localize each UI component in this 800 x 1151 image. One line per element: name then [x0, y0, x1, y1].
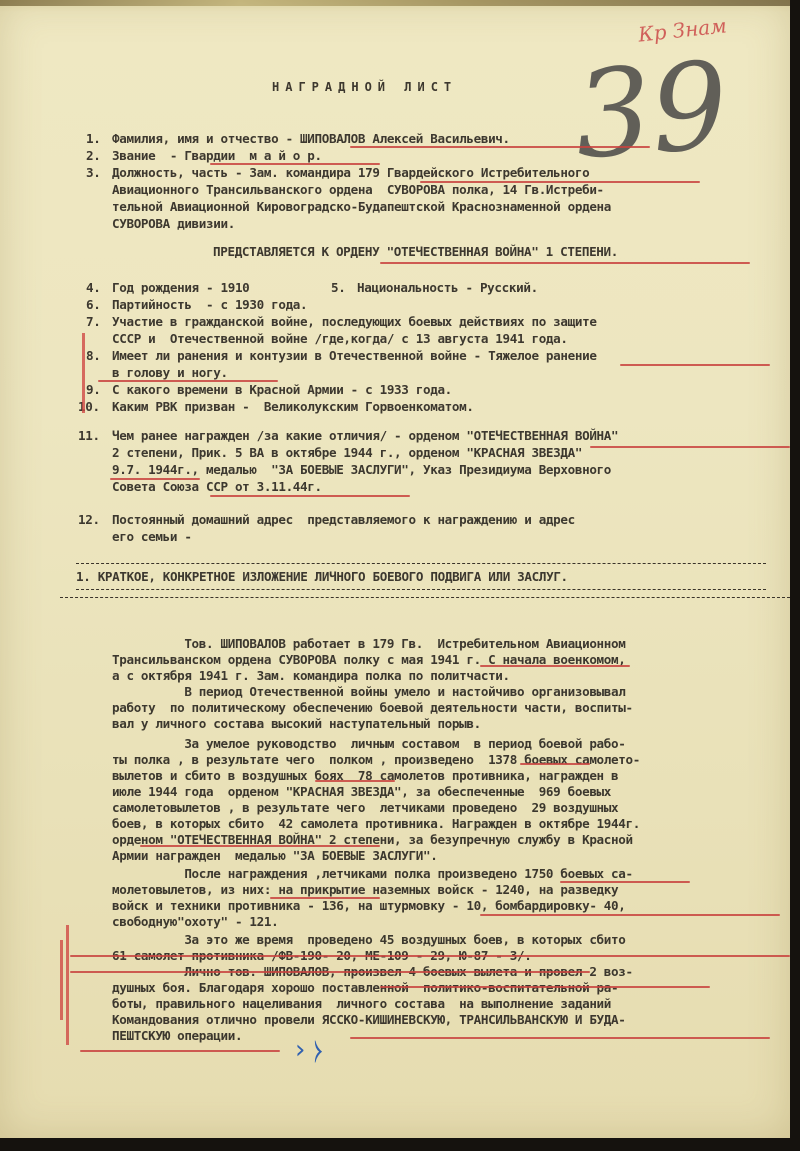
field-9-number: 9.	[86, 382, 100, 397]
red-underline	[420, 181, 700, 183]
field-8-number: 8.	[86, 348, 100, 363]
field-11-line-1: Чем ранее награжден /за какие отличия/ -…	[112, 428, 618, 443]
field-11-line-4: Совета Союза ССР от 3.11.44г.	[112, 479, 322, 494]
narrative-line: За это же время проведено 45 воздушных б…	[112, 932, 625, 947]
narrative-line: За умелое руководство личным составом в …	[112, 736, 625, 751]
dashed-rule-middle	[76, 589, 766, 590]
narrative-line: июле 1944 года орденом "КРАСНАЯ ЗВЕЗДА",…	[112, 784, 611, 799]
red-underline	[350, 1037, 770, 1039]
red-underline	[70, 971, 590, 973]
narrative-line: войск и техники противника - 136, на шту…	[112, 898, 625, 913]
field-5-nationality: Национальность - Русский.	[357, 280, 538, 295]
red-underline	[520, 763, 590, 765]
red-underline	[350, 146, 650, 148]
handwritten-number: 39	[571, 47, 732, 177]
field-6-number: 6.	[86, 297, 100, 312]
field-2-number: 2.	[86, 148, 100, 163]
field-4-number: 4.	[86, 280, 100, 295]
red-underline	[210, 163, 380, 165]
narrative-line: молетовылетов, из них: на прикрытие назе…	[112, 882, 618, 897]
scan-top-edge	[0, 0, 800, 6]
red-underline	[270, 897, 380, 899]
field-9-service: С какого времени в Красной Армии - с 193…	[112, 382, 452, 397]
narrative-line: боев, в которых сбито 42 самолета против…	[112, 816, 640, 831]
red-underline	[380, 262, 750, 264]
narrative-line: вал у личного состава высокий наступател…	[112, 716, 481, 731]
red-underline	[70, 955, 790, 957]
field-3-line-4: СУВОРОВА дивизии.	[112, 216, 235, 231]
field-4-birth-year: Год рождения - 1910	[112, 280, 249, 295]
narrative-line: а с октября 1941 г. Зам. командира полка…	[112, 668, 510, 683]
narrative-line: Тов. ШИПОВАЛОВ работает в 179 Гв. Истреб…	[112, 636, 625, 651]
narrative-line: В период Отечественной войны умело и нас…	[112, 684, 625, 699]
field-7-number: 7.	[86, 314, 100, 329]
field-7-line-1: Участие в гражданской войне, последующих…	[112, 314, 597, 329]
red-underline	[480, 914, 780, 916]
red-underline	[80, 1050, 280, 1052]
narrative-line: боты, правильного нацеливания личного со…	[112, 996, 611, 1011]
red-underline	[210, 495, 410, 497]
document-title: НАГРАДНОЙ ЛИСТ	[272, 80, 457, 95]
field-8-line-1: Имеет ли ранения и контузии в Отечествен…	[112, 348, 597, 363]
field-7-line-2: СССР и Отечественной войне /где,когда/ с…	[112, 331, 568, 346]
field-1-number: 1.	[86, 131, 100, 146]
field-11-number: 11.	[78, 428, 100, 443]
narrative-line: ПЕШТСКУЮ операции.	[112, 1028, 242, 1043]
red-underline	[140, 845, 380, 847]
field-12-line-1: Постоянный домашний адрес представляемог…	[112, 512, 575, 527]
red-underline	[380, 986, 710, 988]
field-12-number: 12.	[78, 512, 100, 527]
narrative-line: самолетовылетов , в результате чего летч…	[112, 800, 618, 815]
red-margin-mark	[66, 925, 69, 1045]
red-underline	[110, 478, 200, 480]
field-3-number: 3.	[86, 165, 100, 180]
field-8-line-2: в голову и ногу.	[112, 365, 228, 380]
red-underline	[98, 380, 278, 382]
red-margin-mark	[82, 333, 85, 413]
field-2-rank: Звание - Гвардии м а й о р.	[112, 148, 322, 163]
narrative-line: После награждения ,летчиками полка произ…	[112, 866, 633, 881]
field-11-line-3: 9.7. 1944г., медалью "ЗА БОЕВЫЕ ЗАСЛУГИ"…	[112, 462, 611, 477]
red-underline	[480, 665, 630, 667]
red-underline	[560, 881, 690, 883]
red-underline	[620, 364, 770, 366]
field-10-conscription: Каким РВК призван - Великолукским Горвое…	[112, 399, 474, 414]
narrative-line: Армии награжден медалью "ЗА БОЕВЫЕ ЗАСЛУ…	[112, 848, 437, 863]
field-3-line-3: тельной Авиационной Кировоградско-Будапе…	[112, 199, 611, 214]
narrative-line: Командования отлично провели ЯССКО-КИШИН…	[112, 1012, 625, 1027]
award-sheet-page: Кр Знам 39 НАГРАДНОЙ ЛИСТ 1. Фамилия, им…	[0, 0, 790, 1138]
blue-ink-mark: › ⧽	[295, 1035, 323, 1066]
field-11-line-2: 2 степени, Прик. 5 ВА в октябре 1944 г.,…	[112, 445, 582, 460]
field-5-number: 5.	[331, 280, 345, 295]
section-header: 1. КРАТКОЕ, КОНКРЕТНОЕ ИЗЛОЖЕНИЕ ЛИЧНОГО…	[76, 569, 568, 584]
red-margin-mark	[60, 940, 63, 1020]
narrative-line: свободную"охоту" - 121.	[112, 914, 278, 929]
field-3-line-2: Авиационного Трансильванского ордена СУВ…	[112, 182, 604, 197]
field-1-fullname: Фамилия, имя и отчество - ШИПОВАЛОВ Алек…	[112, 131, 510, 146]
scan-right-edge	[790, 0, 800, 1151]
red-underline	[590, 446, 790, 448]
scan-bottom-edge	[0, 1138, 800, 1151]
red-underline	[315, 780, 395, 782]
field-12-line-2: его семьи -	[112, 529, 192, 544]
nomination-line: ПРЕДСТАВЛЯЕТСЯ К ОРДЕНУ "ОТЕЧЕСТВЕННАЯ В…	[213, 244, 618, 259]
narrative-line: работу по политическому обеспечению боев…	[112, 700, 633, 715]
field-3-line-1: Должность, часть - Зам. командира 179 Гв…	[112, 165, 589, 180]
dashed-rule-top	[76, 563, 766, 564]
dashed-rule-bottom	[60, 597, 790, 598]
field-6-party: Партийность - с 1930 года.	[112, 297, 307, 312]
